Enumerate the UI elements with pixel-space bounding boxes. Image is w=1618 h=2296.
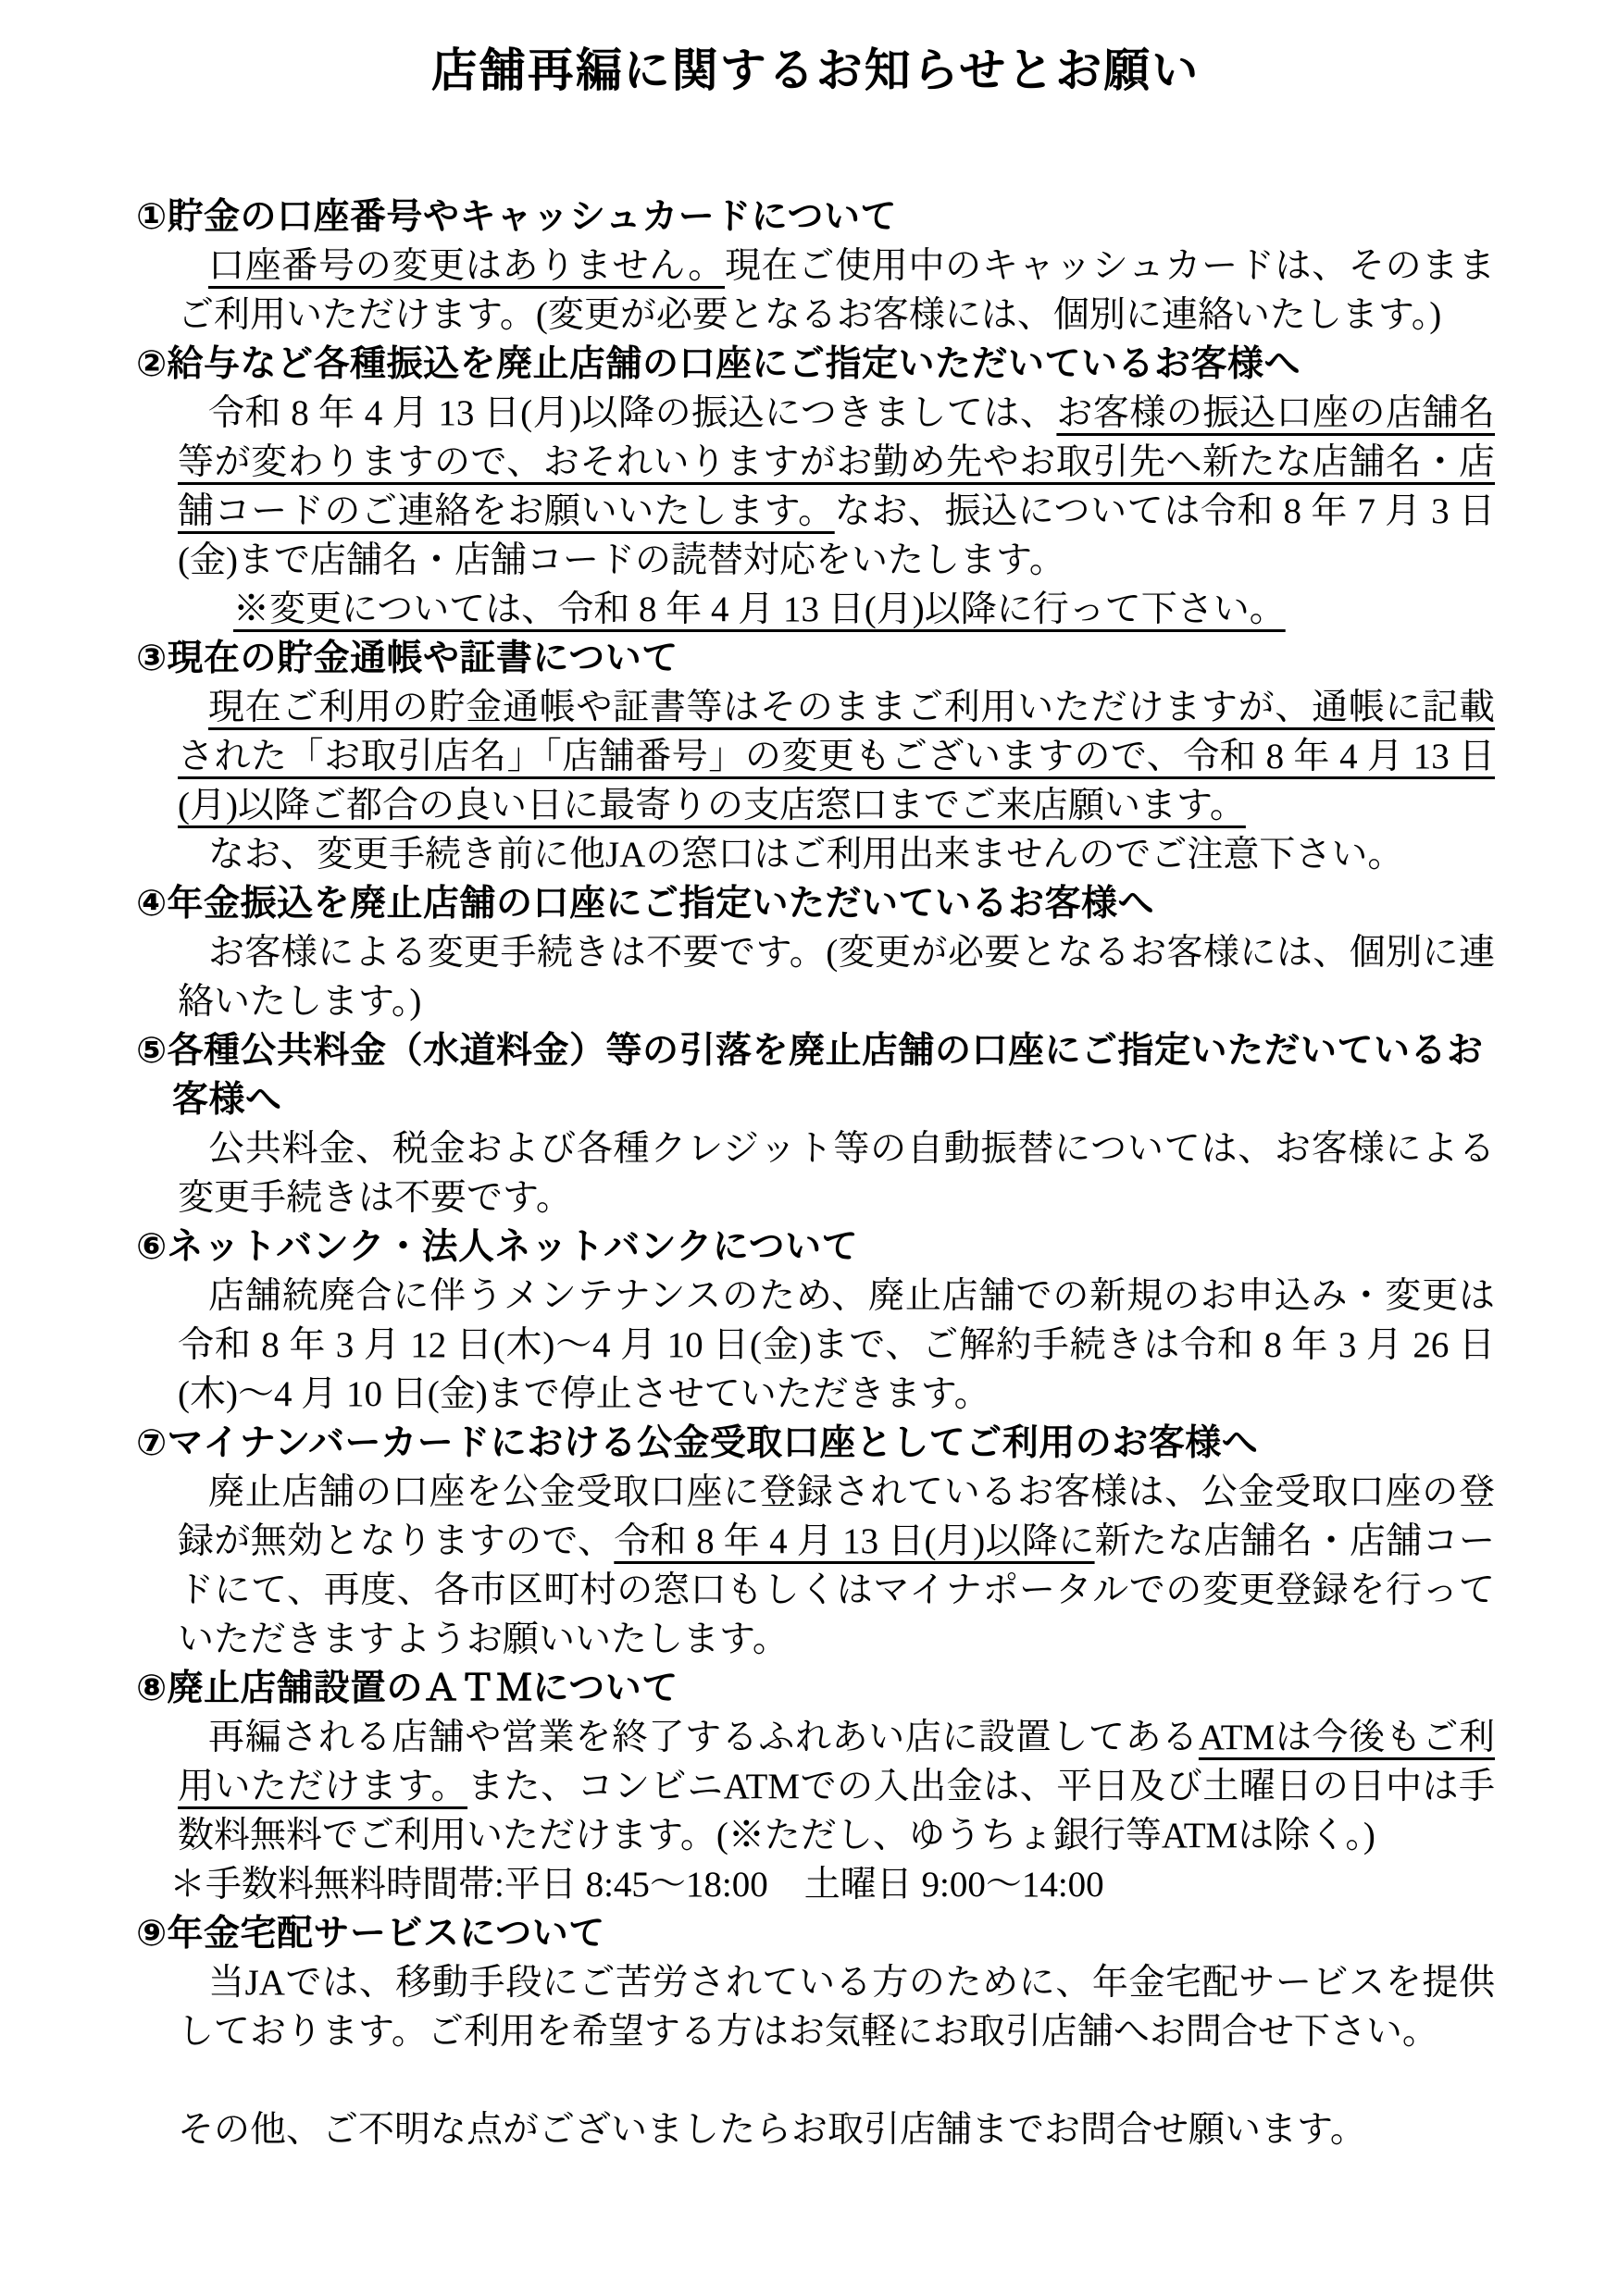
notice-section: ③現在の貯金通帳や証書について現在ご利用の貯金通帳や証書等はそのままご利用いただ… xyxy=(136,634,1495,879)
document-page: 店舗再編に関するお知らせとお願い ①貯金の口座番号やキャッシュカードについて口座… xyxy=(0,0,1618,2296)
section-heading: ④年金振込を廃止店舗の口座にご指定いただいているお客様へ xyxy=(136,879,1495,928)
text-run: 当JAでは、移動手段にご苦労されている方のために、年金宅配サービスを提供しており… xyxy=(178,1963,1495,2052)
section-heading: ⑧廃止店舗設置のＡＴＭについて xyxy=(136,1664,1495,1713)
text-run: 令和 8 年 4 月 13 日(月)以降の振込につきましては、 xyxy=(208,393,1056,433)
underlined-text-run: 令和 8 年 4 月 13 日(月)以降に xyxy=(614,1521,1094,1561)
section-heading: ⑨年金宅配サービスについて xyxy=(136,1909,1495,1958)
body-paragraph: なお、変更手続き前に他JAの窓口はご利用出来ませんのでご注意下さい。 xyxy=(178,830,1495,879)
section-heading: ③現在の貯金通帳や証書について xyxy=(136,634,1495,683)
notice-section: ⑤各種公共料金（水道料金）等の引落を廃止店舗の口座にご指定いただいているお客様へ… xyxy=(136,1026,1495,1222)
body-paragraph: 店舗統廃合に伴うメンテナンスのため、廃止店舗での新規のお申込み・変更は令和 8 … xyxy=(178,1272,1495,1419)
body-paragraph: 令和 8 年 4 月 13 日(月)以降の振込につきましては、お客様の振込口座の… xyxy=(178,389,1495,585)
underlined-text-run: 現在ご利用の貯金通帳や証書等はそのままご利用いただけますが、通帳に記載された「お… xyxy=(178,688,1495,825)
body-paragraph: ＊手数料無料時間帯:平日 8:45～18:00 土曜日 9:00～14:00 xyxy=(178,1860,1495,1909)
notice-section: ⑥ネットバンク・法人ネットバンクについて店舗統廃合に伴うメンテナンスのため、廃止… xyxy=(136,1222,1495,1419)
note-paragraph: ※変更については、令和 8 年 4 月 13 日(月)以降に行って下さい。 xyxy=(178,585,1495,634)
section-heading: ①貯金の口座番号やキャッシュカードについて xyxy=(136,192,1495,242)
text-run: お客様による変更手続きは不要です。(変更が必要となるお客様には、個別に連絡いたし… xyxy=(178,933,1495,1022)
notice-section: ①貯金の口座番号やキャッシュカードについて口座番号の変更はありません。現在ご使用… xyxy=(136,192,1495,340)
document-title: 店舗再編に関するお知らせとお願い xyxy=(136,43,1495,98)
body-paragraph: 公共料金、税金および各種クレジット等の自動振替については、お客様による変更手続き… xyxy=(178,1124,1495,1222)
section-heading: ②給与など各種振込を廃止店舗の口座にご指定いただいているお客様へ xyxy=(136,340,1495,389)
text-run: 公共料金、税金および各種クレジット等の自動振替については、お客様による変更手続き… xyxy=(178,1129,1495,1218)
notice-section: ②給与など各種振込を廃止店舗の口座にご指定いただいているお客様へ令和 8 年 4… xyxy=(136,340,1495,634)
notice-section: ⑨年金宅配サービスについて当JAでは、移動手段にご苦労されている方のために、年金… xyxy=(136,1909,1495,2056)
body-paragraph: 当JAでは、移動手段にご苦労されている方のために、年金宅配サービスを提供しており… xyxy=(178,1958,1495,2056)
text-run: ＊手数料無料時間帯:平日 8:45～18:00 土曜日 9:00～14:00 xyxy=(169,1865,1104,1905)
closing-note: その他、ご不明な点がございましたらお取引店舗までお問合せ願います。 xyxy=(178,2105,1495,2154)
body-paragraph: お客様による変更手続きは不要です。(変更が必要となるお客様には、個別に連絡いたし… xyxy=(178,928,1495,1026)
text-run: なお、変更手続き前に他JAの窓口はご利用出来ませんのでご注意下さい。 xyxy=(208,835,1403,875)
underlined-text-run: 口座番号の変更はありません。 xyxy=(208,246,725,286)
body-paragraph: 再編される店舗や営業を終了するふれあい店に設置してあるATMは今後もご利用いただ… xyxy=(178,1713,1495,1860)
body-paragraph: 口座番号の変更はありません。現在ご使用中のキャッシュカードは、そのままご利用いた… xyxy=(178,242,1495,340)
notice-section: ④年金振込を廃止店舗の口座にご指定いただいているお客様へお客様による変更手続きは… xyxy=(136,879,1495,1026)
text-run: 再編される店舗や営業を終了するふれあい店に設置してある xyxy=(208,1718,1199,1757)
section-heading: ⑦マイナンバーカードにおける公金受取口座としてご利用のお客様へ xyxy=(136,1419,1495,1468)
sections-container: ①貯金の口座番号やキャッシュカードについて口座番号の変更はありません。現在ご使用… xyxy=(136,192,1495,2056)
notice-section: ⑧廃止店舗設置のＡＴＭについて再編される店舗や営業を終了するふれあい店に設置して… xyxy=(136,1664,1495,1909)
notice-section: ⑦マイナンバーカードにおける公金受取口座としてご利用のお客様へ廃止店舗の口座を公… xyxy=(136,1419,1495,1664)
section-heading: ⑥ネットバンク・法人ネットバンクについて xyxy=(136,1222,1495,1272)
underlined-text-run: ※変更については、令和 8 年 4 月 13 日(月)以降に行って下さい。 xyxy=(233,590,1286,629)
text-run: 店舗統廃合に伴うメンテナンスのため、廃止店舗での新規のお申込み・変更は令和 8 … xyxy=(178,1276,1495,1414)
body-paragraph: 現在ご利用の貯金通帳や証書等はそのままご利用いただけますが、通帳に記載された「お… xyxy=(178,683,1495,830)
section-heading: ⑤各種公共料金（水道料金）等の引落を廃止店舗の口座にご指定いただいているお客様へ xyxy=(136,1026,1495,1124)
body-paragraph: 廃止店舗の口座を公金受取口座に登録されているお客様は、公金受取口座の登録が無効と… xyxy=(178,1468,1495,1664)
